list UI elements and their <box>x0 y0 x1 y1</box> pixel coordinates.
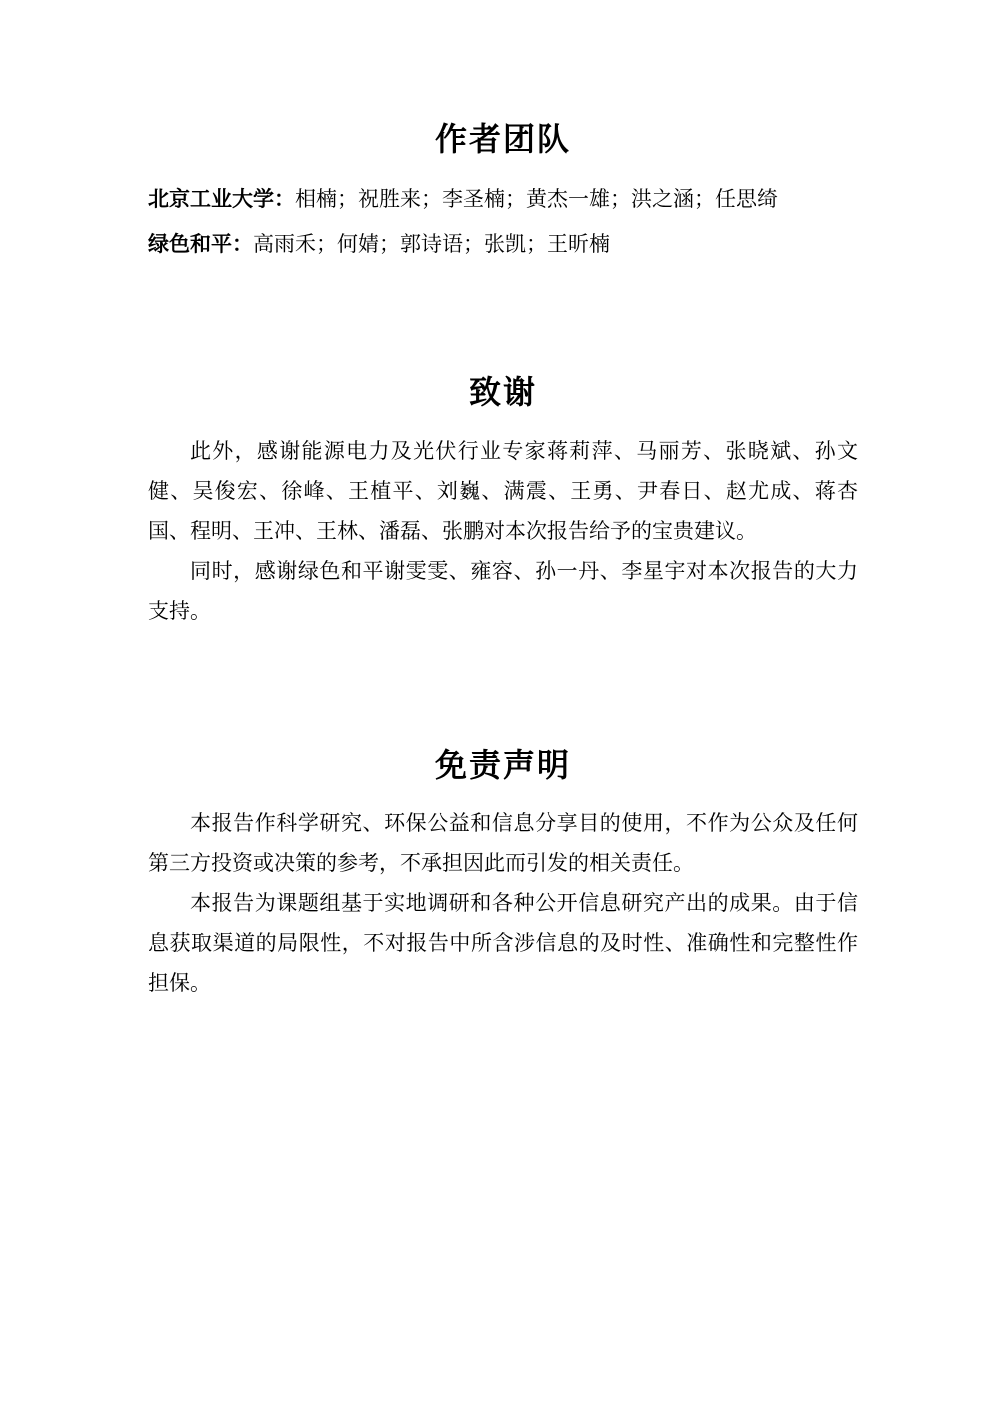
author-list: 北京工业大学：相楠；祝胜来；李圣楠；黄杰一雄；洪之涵；任思绮 绿色和平：高雨禾；… <box>148 177 858 267</box>
acknowledgements-title: 致谢 <box>148 370 858 414</box>
section-disclaimer: 免责声明 本报告作科学研究、环保公益和信息分享目的使用，不作为公众及任何第三方投… <box>148 743 858 1003</box>
author-members: 相楠；祝胜来；李圣楠；黄杰一雄；洪之涵；任思绮 <box>295 187 778 211</box>
disclaimer-title: 免责声明 <box>148 743 858 787</box>
author-members: 高雨禾；何婧；郭诗语；张凯；王昕楠 <box>253 232 610 256</box>
acknowledgements-body: 此外，感谢能源电力及光伏行业专家蒋莉萍、马丽芳、张晓斌、孙文健、吴俊宏、徐峰、王… <box>148 431 858 631</box>
document-page: 作者团队 北京工业大学：相楠；祝胜来；李圣楠；黄杰一雄；洪之涵；任思绮 绿色和平… <box>0 0 992 1403</box>
author-line-greenpeace: 绿色和平：高雨禾；何婧；郭诗语；张凯；王昕楠 <box>148 222 858 267</box>
disclaimer-paragraph: 本报告作科学研究、环保公益和信息分享目的使用，不作为公众及任何第三方投资或决策的… <box>148 803 858 883</box>
acknowledgements-paragraph: 同时，感谢绿色和平谢雯雯、雍容、孙一丹、李星宇对本次报告的大力支持。 <box>148 551 858 631</box>
author-line-bjut: 北京工业大学：相楠；祝胜来；李圣楠；黄杰一雄；洪之涵；任思绮 <box>148 177 858 222</box>
author-org-label: 绿色和平： <box>148 233 253 256</box>
disclaimer-paragraph: 本报告为课题组基于实地调研和各种公开信息研究产出的成果。由于信息获取渠道的局限性… <box>148 883 858 1003</box>
author-org-label: 北京工业大学： <box>148 188 295 211</box>
section-acknowledgements: 致谢 此外，感谢能源电力及光伏行业专家蒋莉萍、马丽芳、张晓斌、孙文健、吴俊宏、徐… <box>148 370 858 631</box>
acknowledgements-paragraph: 此外，感谢能源电力及光伏行业专家蒋莉萍、马丽芳、张晓斌、孙文健、吴俊宏、徐峰、王… <box>148 431 858 551</box>
page-content: 作者团队 北京工业大学：相楠；祝胜来；李圣楠；黄杰一雄；洪之涵；任思绮 绿色和平… <box>0 0 992 1003</box>
disclaimer-body: 本报告作科学研究、环保公益和信息分享目的使用，不作为公众及任何第三方投资或决策的… <box>148 803 858 1003</box>
section-author-team: 作者团队 北京工业大学：相楠；祝胜来；李圣楠；黄杰一雄；洪之涵；任思绮 绿色和平… <box>148 117 858 267</box>
author-team-title: 作者团队 <box>148 117 858 161</box>
